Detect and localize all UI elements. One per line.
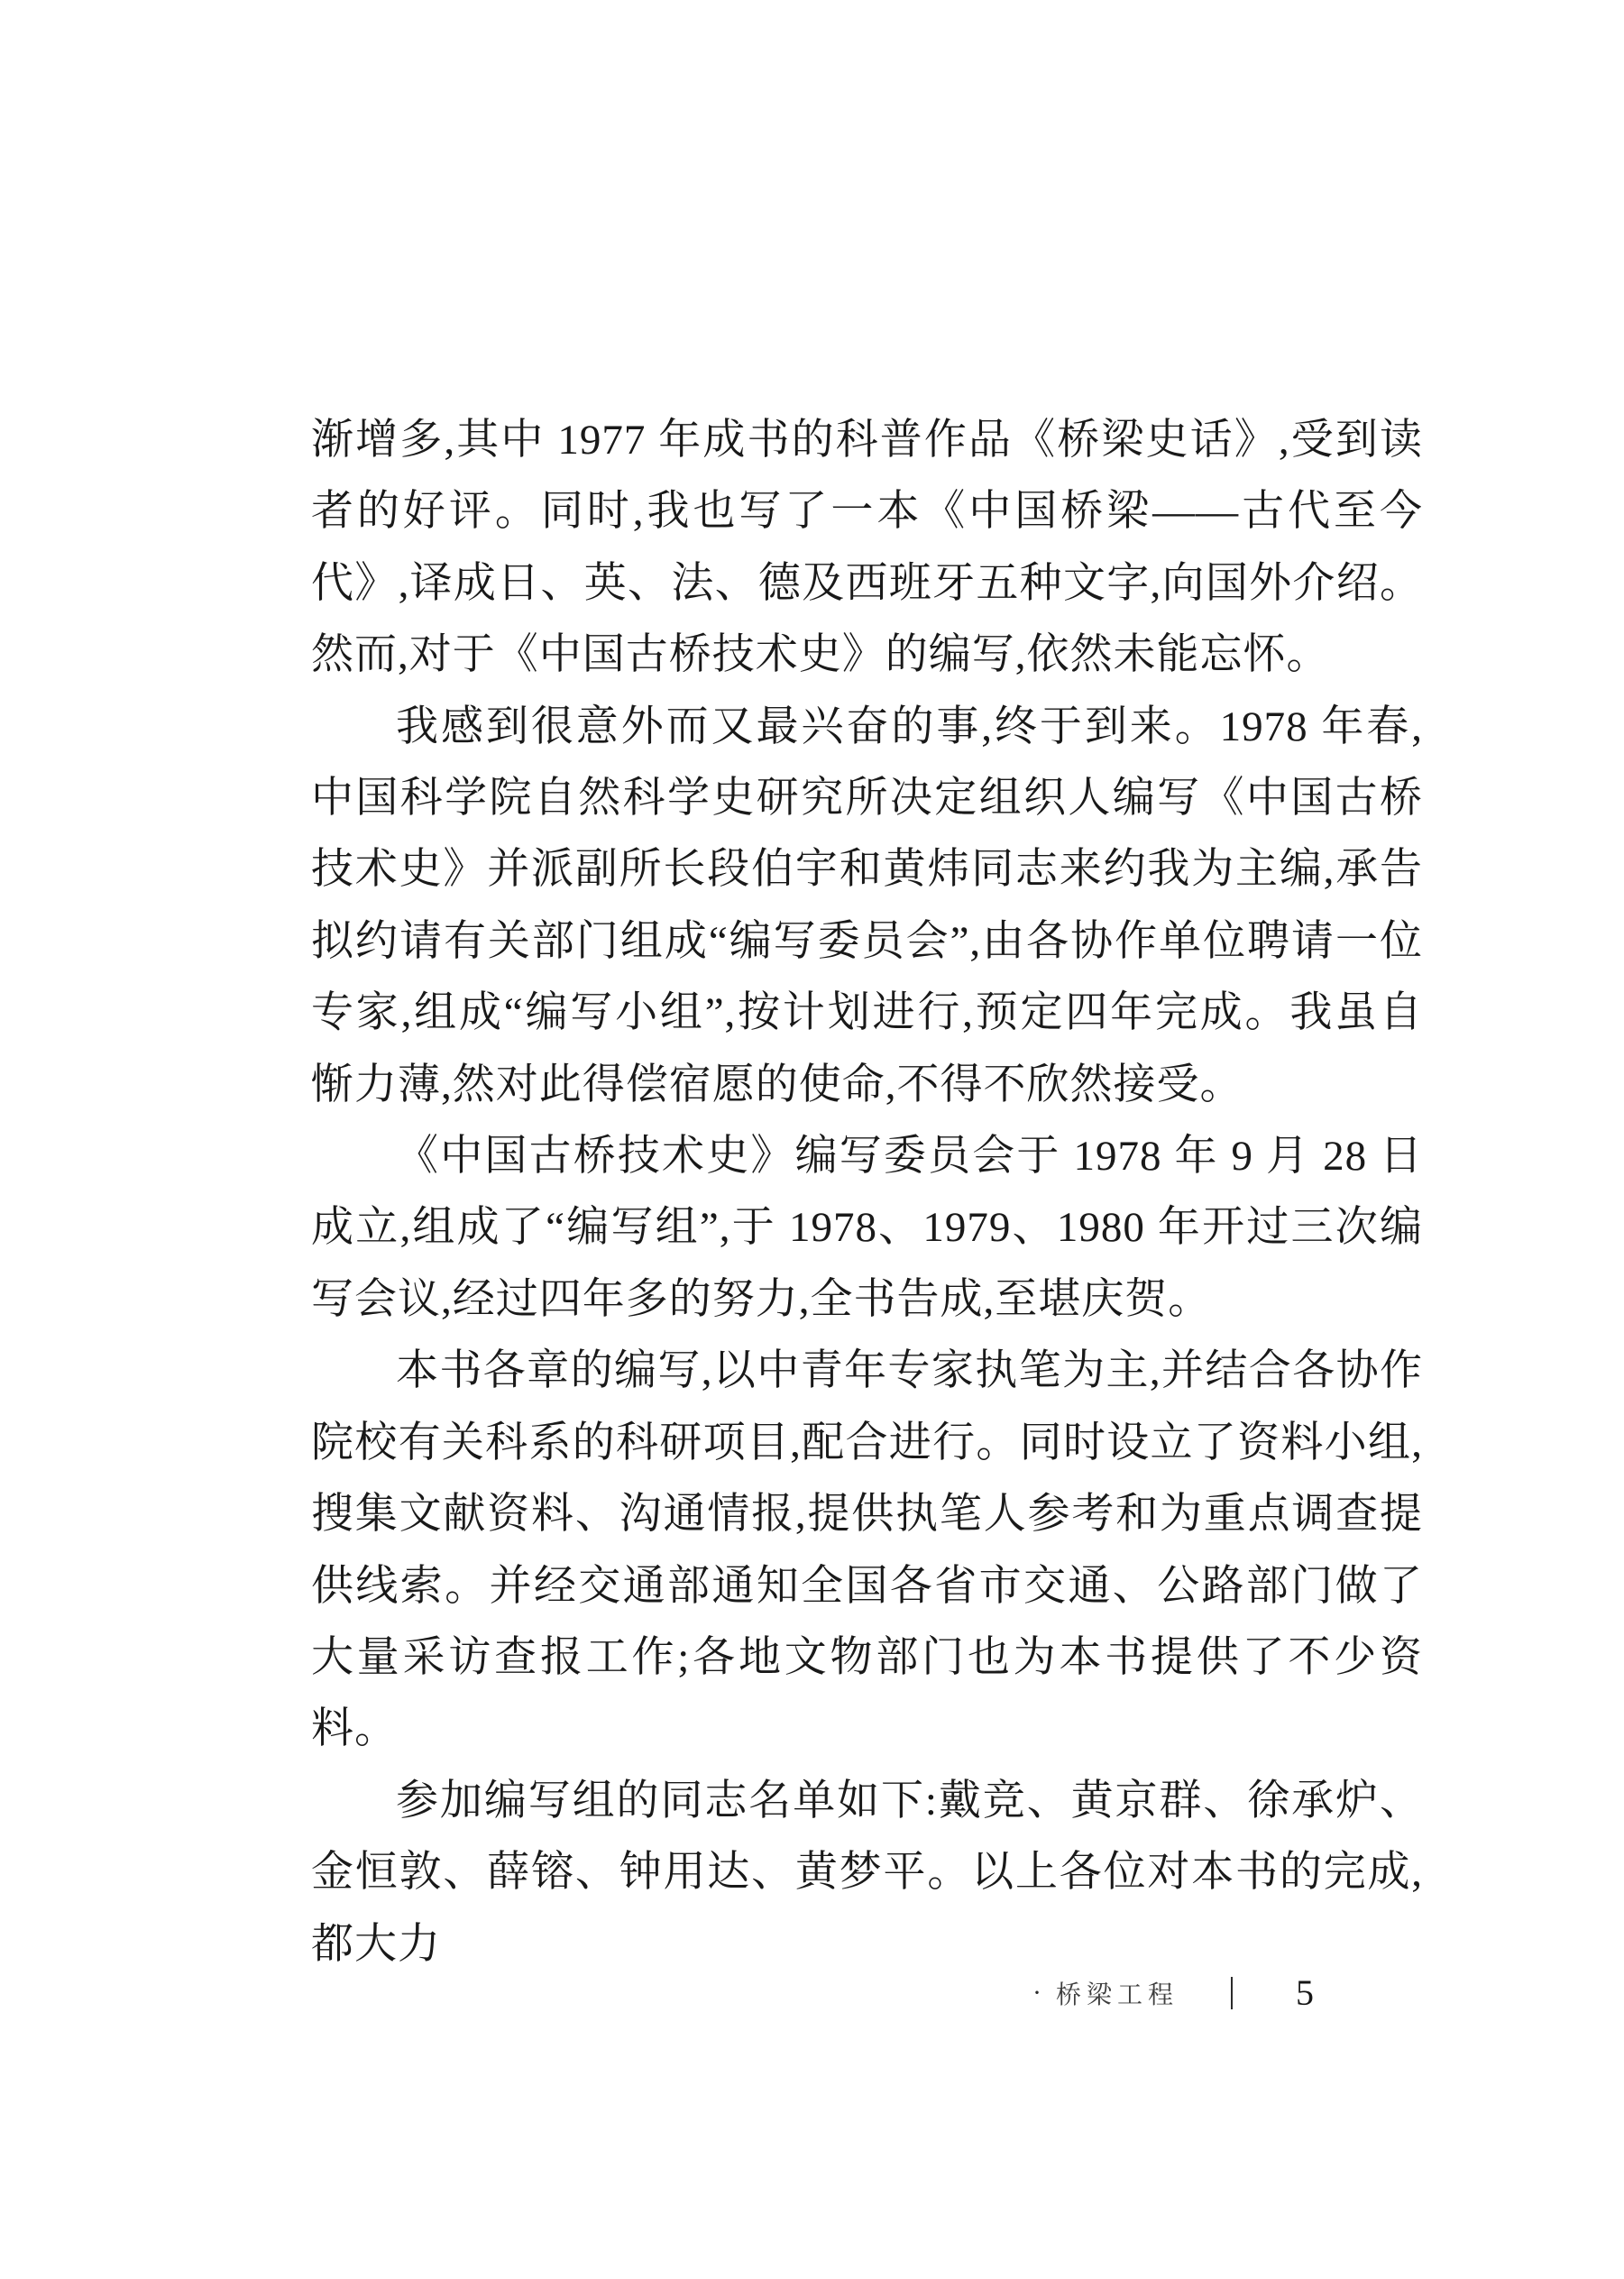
body-text: 渐增多,其中 1977 年成书的科普作品《桥梁史话》,受到读者的好评。同时,我也… [311, 405, 1423, 1980]
running-head-title: 桥梁工程 [1056, 1975, 1179, 2011]
paragraph: 参加编写组的同志名单如下:戴竞、黄京群、徐承炉、金恒敦、薛镕、钟用达、黄梦平。以… [311, 1766, 1423, 1980]
paragraph: 渐增多,其中 1977 年成书的科普作品《桥梁史话》,受到读者的好评。同时,我也… [311, 405, 1423, 692]
page-footer: · 桥梁工程 5 [1032, 1971, 1314, 2015]
footer-divider [1231, 1977, 1233, 2009]
footer-bullet: · [1032, 1980, 1041, 2007]
book-page: 渐增多,其中 1977 年成书的科普作品《桥梁史话》,受到读者的好评。同时,我也… [0, 0, 1624, 2279]
paragraph: 《中国古桥技术史》编写委员会于 1978 年 9 月 28 日成立,组成了“编写… [311, 1121, 1423, 1336]
page-number: 5 [1296, 1975, 1314, 2011]
paragraph: 本书各章的编写,以中青年专家执笔为主,并结合各协作院校有关科系的科研项目,配合进… [311, 1336, 1423, 1765]
paragraph: 我感到很意外而又最兴奋的事,终于到来。1978 年春,中国科学院自然科学史研究所… [311, 692, 1423, 1121]
